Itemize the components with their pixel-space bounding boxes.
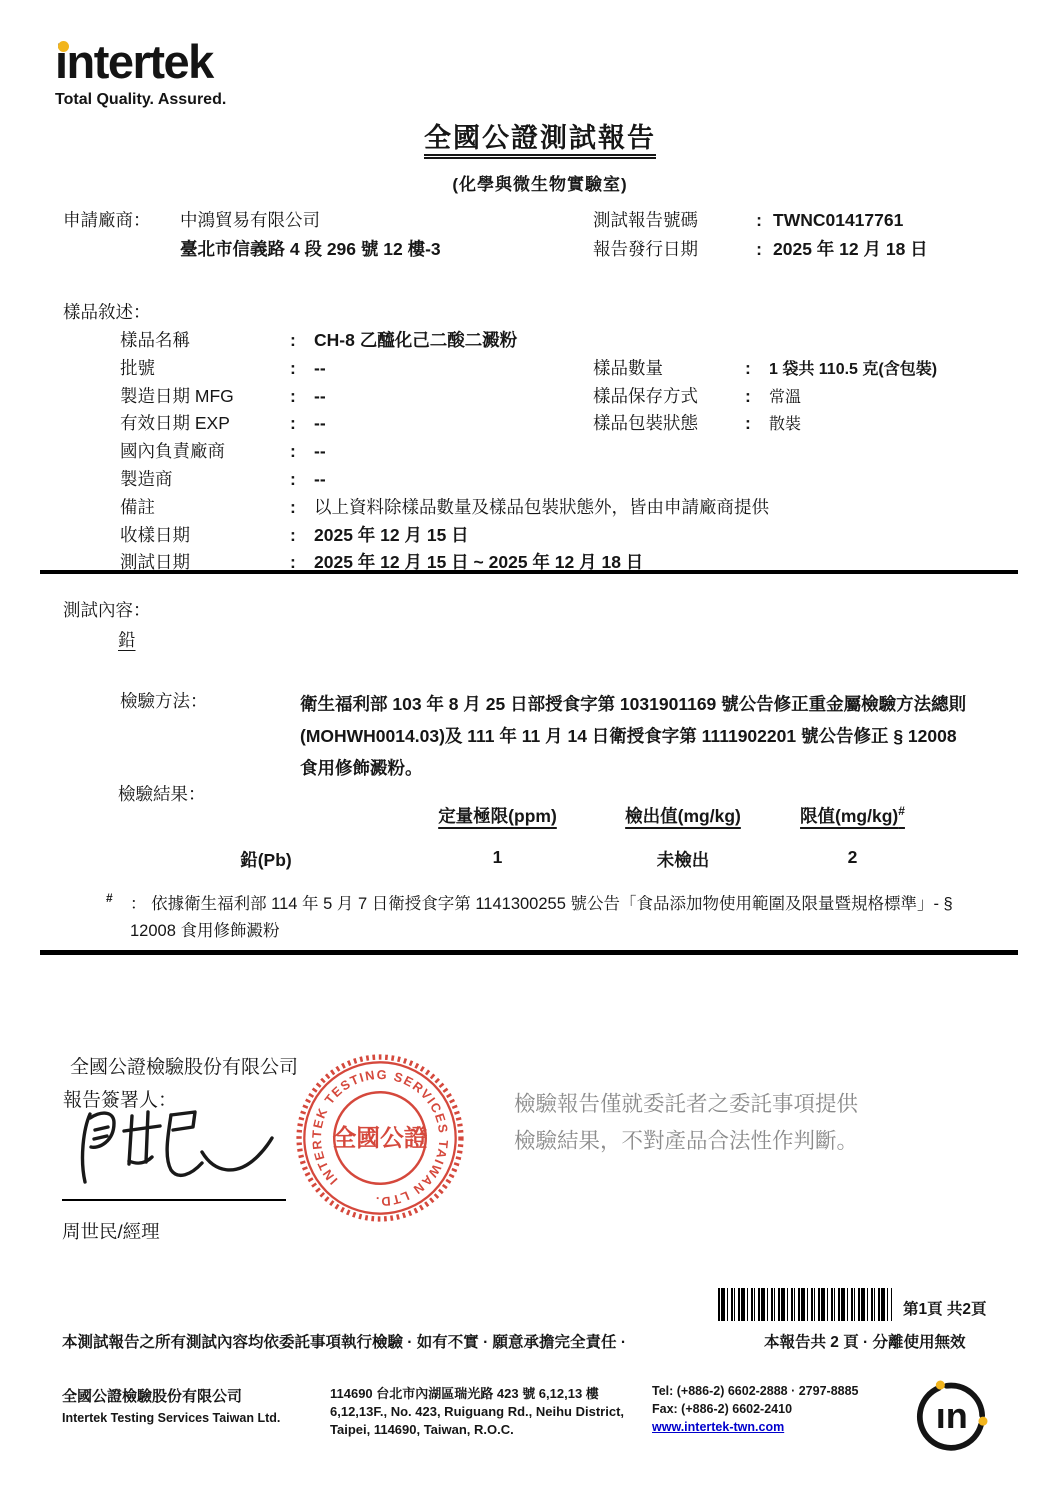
pages-note: 本報告共 2 頁 · 分離使用無效 (764, 1330, 966, 1352)
footer-contact: Tel: (+886-2) 6602-2888 · 2797-8885 Fax:… (652, 1382, 859, 1436)
footer-company-en: Intertek Testing Services Taiwan Ltd. (62, 1411, 280, 1425)
signing-company: 全國公證檢驗股份有限公司 (70, 1052, 298, 1079)
responsibility-statement: 本測試報告之所有測試內容均依委託事項執行檢驗 · 如有不實 · 願意承擔完全責任… (62, 1330, 626, 1352)
intertek-logo: intertek Total Quality. Assured. (55, 38, 226, 109)
disclaimer-line1: 檢驗報告僅就委託者之委託事項提供 (514, 1086, 858, 1123)
issue-date-row: 報告發行日期 : 2025 年 12 月 18 日 (593, 235, 928, 264)
result-label: 檢驗結果： (118, 781, 206, 806)
signature-line (62, 1199, 286, 1201)
footer-tel: Tel: (+886-2) 6602-2888 · 2797-8885 (652, 1382, 859, 1400)
test-item-lead: 鉛 (118, 627, 136, 652)
analyte-cell: 鉛(Pb) (226, 847, 306, 872)
test-report-page: intertek Total Quality. Assured. 全國公證測試報… (0, 0, 1058, 1497)
title-block: 全國公證測試報告 (化學與微生物實驗室) (330, 116, 750, 195)
logo-yellow-dot-icon (58, 41, 69, 52)
disclaimer: 檢驗報告僅就委託者之委託事項提供 檢驗結果，不對產品合法性作判斷。 (514, 1086, 858, 1160)
sample-row: 收樣日期:2025 年 12 月 15 日 (120, 522, 769, 550)
footer-address-en2: Taipei, 114690, Taiwan, R.O.C. (330, 1421, 650, 1439)
footnote-symbol: # (106, 891, 130, 945)
sample-row: 樣品保存方式:常溫 (593, 383, 937, 411)
footer-fax: Fax: (+886-2) 6602-2410 (652, 1400, 859, 1418)
limit-cell: 2 (780, 847, 925, 868)
sample-row: 備註:以上資料除樣品數量及樣品包裝狀態外，皆由申請廠商提供 (120, 494, 769, 522)
footnote-text: ： 依據衛生福利部 114 年 5 月 7 日衛授食字第 1141300255 … (130, 891, 998, 945)
footer-address-zh: 114690 台北市內湖區瑞光路 423 號 6,12,13 樓 (330, 1385, 650, 1403)
signer-name: 周世民/經理 (62, 1218, 160, 1244)
report-number-row: 測試報告號碼 : TWNC01417761 (593, 206, 928, 235)
applicant-address: 臺北市信義路 4 段 296 號 12 樓-3 (180, 235, 441, 264)
certification-stamp: INTERTEK TESTING SERVICES TAIWAN LTD. 全國… (292, 1050, 468, 1226)
detected-cell: 未檢出 (608, 847, 758, 872)
sample-section-heading: 樣品敘述： (63, 299, 151, 324)
test-content-heading: 測試內容： (63, 597, 151, 622)
divider (40, 570, 1018, 574)
col-header-loq: 定量極限(ppm) (420, 803, 575, 828)
footer-company-zh: 全國公證檢驗股份有限公司 (62, 1385, 280, 1406)
footer-website-link[interactable]: www.intertek-twn.com (652, 1418, 859, 1436)
applicant-name: 中鴻貿易有限公司 (180, 206, 320, 235)
footnote-marker: # (898, 804, 905, 818)
svg-text:ın: ın (936, 1395, 968, 1436)
sample-row: 國內負責廠商:-- (120, 438, 769, 466)
loq-cell: 1 (420, 847, 575, 868)
footnote: # ： 依據衛生福利部 114 年 5 月 7 日衛授食字第 114130025… (106, 891, 998, 945)
issue-date-label: 報告發行日期 (593, 235, 745, 264)
col-header-limit: 限值(mg/kg)# (780, 803, 925, 828)
report-number-label: 測試報告號碼 (593, 206, 745, 235)
sample-row: 樣品包裝狀態:散裝 (593, 410, 937, 438)
barcode (718, 1288, 892, 1321)
intertek-circle-mark-icon: ın (910, 1374, 992, 1456)
applicant-block: 申請廠商： 中鴻貿易有限公司 臺北市信義路 4 段 296 號 12 樓-3 (63, 206, 441, 264)
sample-row: 樣品數量:1 袋共 110.5 克(含包裝) (593, 355, 937, 383)
method-block: 檢驗方法： 衛生福利部 103 年 8 月 25 日部授食字第 10319011… (120, 688, 968, 784)
sample-row: 樣品名稱:CH-8 乙醯化己二酸二澱粉 (120, 327, 769, 355)
disclaimer-line2: 檢驗結果，不對產品合法性作判斷。 (514, 1123, 858, 1160)
logo-tagline: Total Quality. Assured. (55, 91, 226, 109)
footer-company: 全國公證檢驗股份有限公司 Intertek Testing Services T… (62, 1385, 280, 1425)
page-number: 第1頁 共2頁 (903, 1297, 987, 1319)
sample-row: 製造商:-- (120, 466, 769, 494)
col-header-detected: 檢出值(mg/kg) (608, 803, 758, 828)
report-info-block: 測試報告號碼 : TWNC01417761 報告發行日期 : 2025 年 12… (593, 206, 928, 264)
colon: : (745, 206, 773, 235)
method-label: 檢驗方法： (120, 688, 300, 784)
footer-address-en1: 6,12,13F., No. 423, Ruiguang Rd., Neihu … (330, 1403, 650, 1421)
divider (40, 950, 1018, 955)
report-subtitle: (化學與微生物實驗室) (330, 170, 750, 195)
colon: : (745, 235, 773, 264)
sample-side-table: 樣品數量:1 袋共 110.5 克(含包裝) 樣品保存方式:常溫 樣品包裝狀態:… (593, 355, 937, 438)
applicant-label: 申請廠商： (63, 206, 180, 235)
issue-date-value: 2025 年 12 月 18 日 (773, 235, 928, 264)
stamp-center-text: 全國公證 (332, 1124, 427, 1152)
report-number-value: TWNC01417761 (773, 206, 903, 235)
method-text: 衛生福利部 103 年 8 月 25 日部授食字第 1031901169 號公告… (300, 688, 968, 784)
footer-address: 114690 台北市內湖區瑞光路 423 號 6,12,13 樓 6,12,13… (330, 1385, 650, 1439)
signature-image (68, 1098, 293, 1198)
intertek-wordmark: intertek (55, 38, 213, 85)
report-title: 全國公證測試報告 (424, 116, 656, 155)
